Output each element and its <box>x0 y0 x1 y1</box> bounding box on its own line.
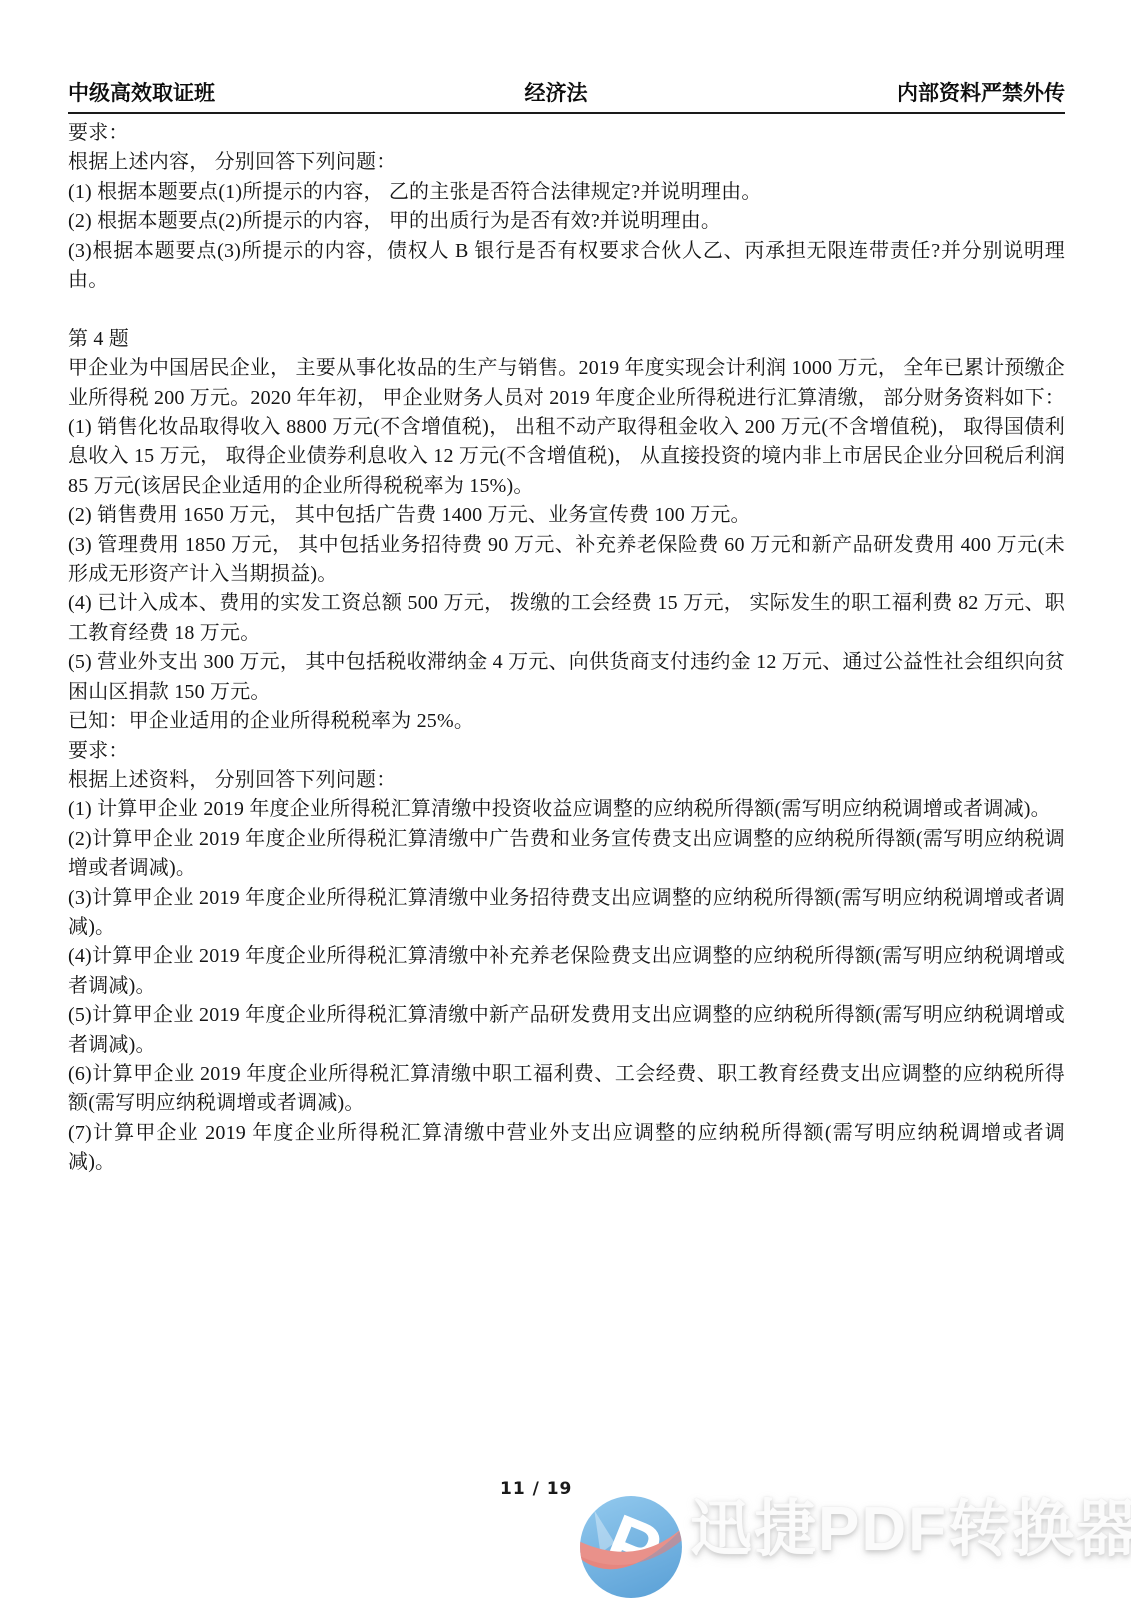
watermark-brand-text: 迅捷PDF转换器 <box>690 1494 1131 1566</box>
question4-fact-3: (3) 管理费用 1850 万元， 其中包括业务招待费 90 万元、补充养老保险… <box>68 531 1065 590</box>
prev-question-item-3: (3)根据本题要点(3)所提示的内容，债权人 B 银行是否有权要求合伙人乙、丙承… <box>68 237 1065 296</box>
question4-known: 已知：甲企业适用的企业所得税税率为 25%。 <box>68 707 1065 736</box>
page-number-indicator: 11 / 19 <box>500 1479 572 1499</box>
question4-fact-2: (2) 销售费用 1650 万元， 其中包括广告费 1400 万元、业务宣传费 … <box>68 501 1065 530</box>
header-course-title: 中级高效取证班 <box>68 82 215 106</box>
header-subject-title: 经济法 <box>215 82 897 106</box>
question4-fact-1: (1) 销售化妆品取得收入 8800 万元(不含增值税)， 出租不动产取得租金收… <box>68 413 1065 501</box>
question4-fact-4: (4) 已计入成本、费用的实发工资总额 500 万元， 拨缴的工会经费 15 万… <box>68 589 1065 648</box>
question4-task-6: (6)计算甲企业 2019 年度企业所得税汇算清缴中职工福利费、工会经费、职工教… <box>68 1060 1065 1119</box>
question4-task-2: (2)计算甲企业 2019 年度企业所得税汇算清缴中广告费和业务宣传费支出应调整… <box>68 825 1065 884</box>
question4-background: 甲企业为中国居民企业， 主要从事化妆品的生产与销售。2019 年度实现会计利润 … <box>68 354 1065 413</box>
question4-task-7: (7)计算甲企业 2019 年度企业所得税汇算清缴中营业外支出应调整的应纳税所得… <box>68 1119 1065 1178</box>
document-body: 要求： 根据上述内容， 分别回答下列问题： (1) 根据本题要点(1)所提示的内… <box>68 119 1065 1178</box>
pdf-converter-watermark: P 迅捷PDF转换器 <box>580 1494 1131 1600</box>
question4-task-3: (3)计算甲企业 2019 年度企业所得税汇算清缴中业务招待费支出应调整的应纳税… <box>68 884 1065 943</box>
question4-task-1: (1) 计算甲企业 2019 年度企业所得税汇算清缴中投资收益应调整的应纳税所得… <box>68 795 1065 824</box>
question4-requirement-label: 要求： <box>68 737 1065 766</box>
pdf-converter-logo-icon: P <box>580 1494 682 1600</box>
page-header: 中级高效取证班 经济法 内部资料严禁外传 <box>68 82 1065 114</box>
question4-task-5: (5)计算甲企业 2019 年度企业所得税汇算清缴中新产品研发费用支出应调整的应… <box>68 1001 1065 1060</box>
page-content: 中级高效取证班 经济法 内部资料严禁外传 要求： 根据上述内容， 分别回答下列问… <box>68 82 1065 1178</box>
question4-fact-5: (5) 营业外支出 300 万元， 其中包括税收滞纳金 4 万元、向供货商支付违… <box>68 648 1065 707</box>
prev-question-intro: 根据上述内容， 分别回答下列问题： <box>68 148 1065 177</box>
document-page: 中级高效取证班 经济法 内部资料严禁外传 要求： 根据上述内容， 分别回答下列问… <box>0 0 1131 1600</box>
header-confidential-notice: 内部资料严禁外传 <box>897 82 1065 106</box>
prev-question-item-2: (2) 根据本题要点(2)所提示的内容， 甲的出质行为是否有效?并说明理由。 <box>68 207 1065 236</box>
question4-intro: 根据上述资料， 分别回答下列问题： <box>68 766 1065 795</box>
question4-task-4: (4)计算甲企业 2019 年度企业所得税汇算清缴中补充养老保险费支出应调整的应… <box>68 942 1065 1001</box>
question4-title: 第 4 题 <box>68 325 1065 354</box>
prev-question-requirement-label: 要求： <box>68 119 1065 148</box>
prev-question-item-1: (1) 根据本题要点(1)所提示的内容， 乙的主张是否符合法律规定?并说明理由。 <box>68 178 1065 207</box>
